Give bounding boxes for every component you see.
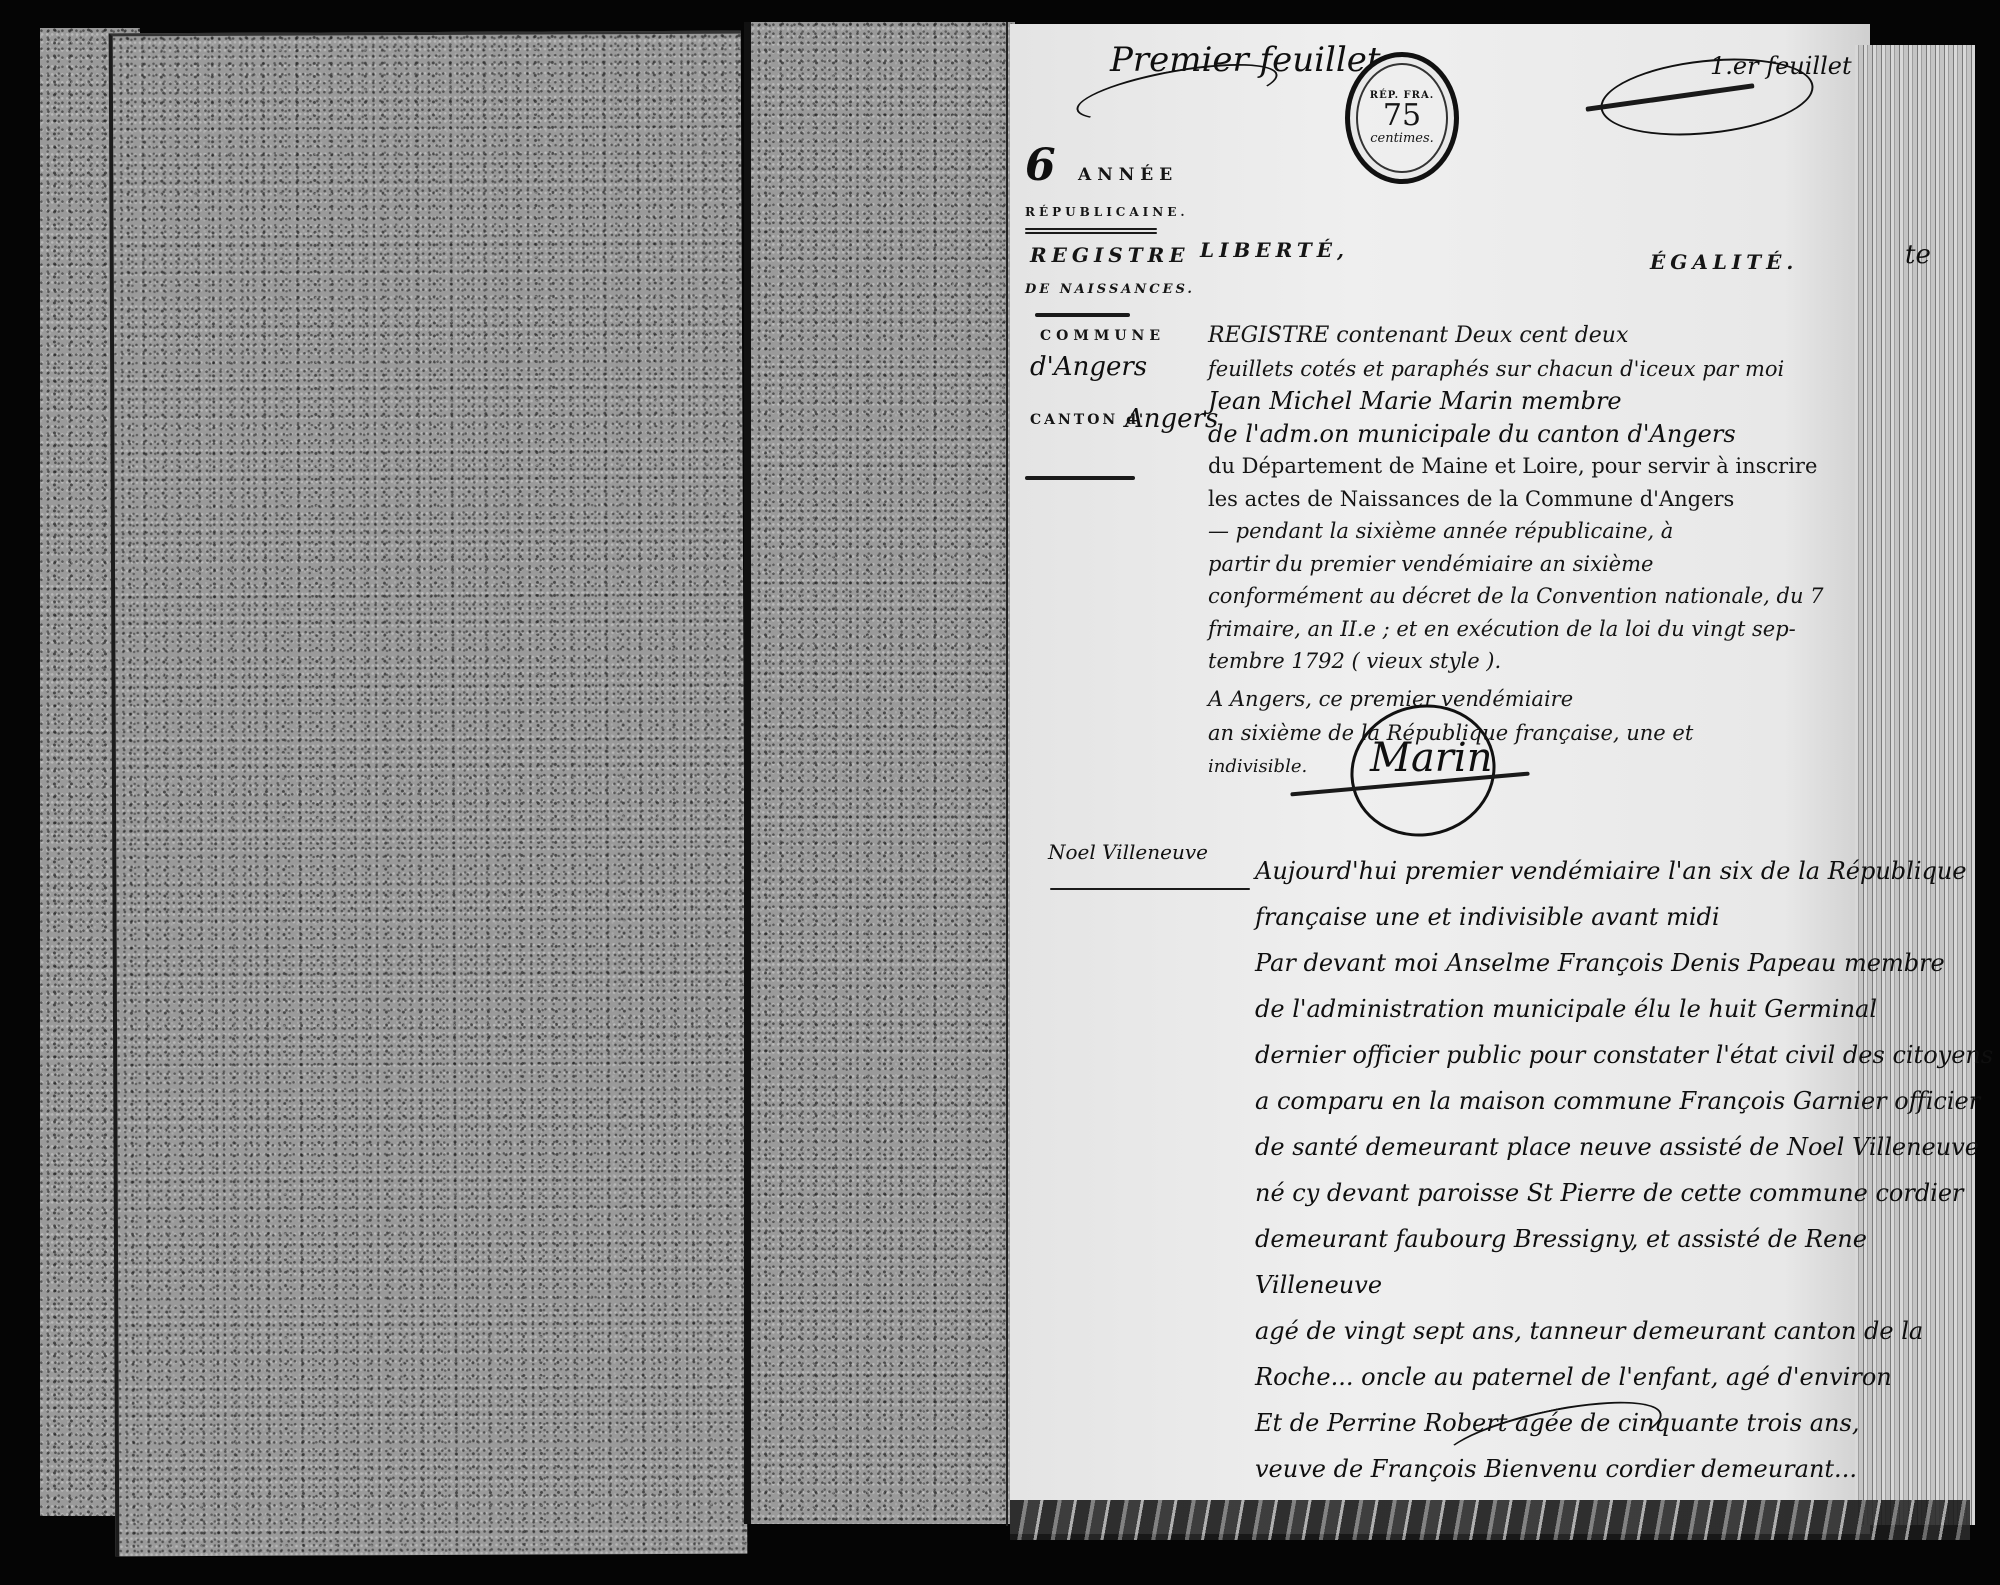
rule-thick (1035, 313, 1130, 317)
motto-liberte: LIBERTÉ, (1200, 238, 1349, 262)
body-line: les actes de Naissances de la Commune d'… (1208, 483, 1824, 516)
double-rule (1025, 228, 1157, 230)
margin-underline (1050, 888, 1250, 890)
commune-value: d'Angers (1030, 352, 1147, 382)
body-line: partir du premier vendémiaire an sixième (1208, 548, 1824, 581)
body-line-handwritten: Jean Michel Marie Marin membre (1208, 385, 1824, 418)
entry-line: de l'administration municipale élu le hu… (1255, 986, 2000, 1032)
entry-line: né cy devant paroisse St Pierre de cette… (1255, 1170, 2000, 1216)
motto-egalite: ÉGALITÉ. (1650, 250, 1798, 274)
entry-line: agé de vingt sept ans, tanneur demeurant… (1255, 1308, 2000, 1354)
commune-label: COMMUNE (1040, 328, 1165, 344)
entry-margin-name: Noel Villeneuve (1048, 840, 1208, 864)
body-line: REGISTRE contenant Deux cent deux (1208, 320, 1824, 353)
entry-line: Aujourd'hui premier vendémiaire l'an six… (1255, 848, 2000, 894)
entry-line: demeurant faubourg Bressigny, et assisté… (1255, 1216, 2000, 1308)
body-line: tembre 1792 ( vieux style ). (1208, 645, 1824, 678)
registre-subheading: DE NAISSANCES. (1025, 282, 1195, 297)
body-line: — pendant la sixième année républicaine,… (1208, 515, 1824, 548)
body-line-handwritten: de l'adm.on municipale du canton d'Anger… (1208, 418, 1824, 451)
entry-text: Aujourd'hui premier vendémiaire l'an six… (1255, 848, 2000, 1492)
body-line: conformément au décret de la Convention … (1208, 580, 1824, 613)
blank-middle-sheet (744, 22, 1015, 1524)
registre-heading: REGISTRE (1030, 243, 1190, 267)
year-label-sub: RÉPUBLICAINE. (1025, 205, 1189, 219)
gutter-line (1006, 22, 1008, 1526)
body-line: du Département de Maine et Loire, pour s… (1208, 450, 1824, 483)
blank-left-sheet (109, 31, 748, 1557)
tax-stamp: RÉP. FRA. 75 centimes. (1345, 52, 1459, 184)
stamp-unit: centimes. (1370, 131, 1434, 146)
page-number: 6 (1025, 140, 1056, 191)
entry-line: française une et indivisible avant midi (1255, 894, 2000, 940)
entry-line: dernier officier public pour constater l… (1255, 1032, 2000, 1078)
entry-line: Roche... oncle au paternel de l'enfant, … (1255, 1354, 2000, 1400)
year-label: ANNÉE (1078, 165, 1178, 185)
entry-line: a comparu en la maison commune François … (1255, 1078, 2000, 1124)
signature: Marin (1370, 735, 1492, 781)
canton-value: Angers (1125, 404, 1218, 434)
page-bottom-damage (1010, 1500, 1970, 1540)
entry-line: de santé demeurant place neuve assisté d… (1255, 1124, 2000, 1170)
stamp-value: 75 (1383, 101, 1421, 131)
rule-ornament (1025, 476, 1135, 480)
body-line: feuillets cotés et paraphés sur chacun d… (1208, 353, 1824, 386)
margin-fragment: te (1905, 240, 1931, 270)
entry-line: veuve de François Bienvenu cordier demeu… (1255, 1446, 2000, 1492)
body-line: frimaire, an II.e ; et en exécution de l… (1208, 613, 1824, 646)
printed-body: REGISTRE contenant Deux cent deux feuill… (1208, 320, 1824, 678)
entry-line: Par devant moi Anselme François Denis Pa… (1255, 940, 2000, 986)
